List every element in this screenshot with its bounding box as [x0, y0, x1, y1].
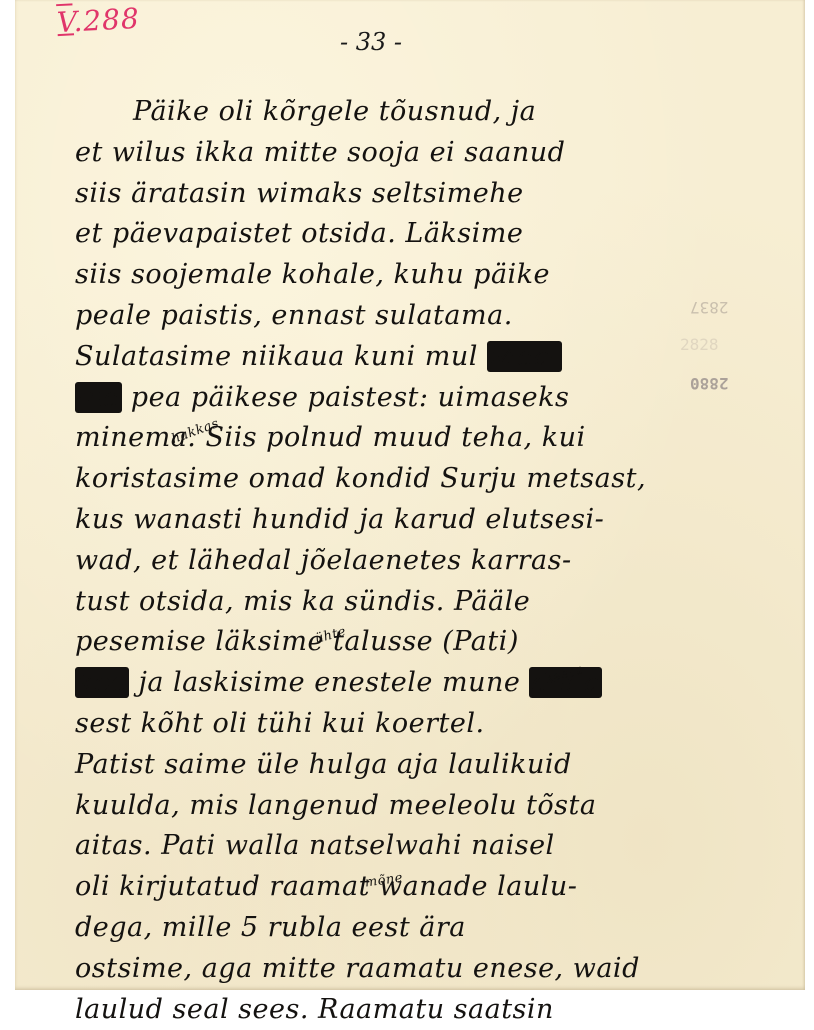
archive-id-mark: V.288 — [56, 2, 140, 39]
archive-number: .288 — [72, 2, 140, 38]
text-fragment: pea päikese paistest: uimaseks — [122, 382, 570, 413]
text-line: siis soojemale kohale, kuhu päike — [75, 255, 635, 296]
struck-word: Maa- — [487, 341, 562, 372]
stamp-number: 2837 — [665, 288, 729, 326]
text-line: tust otsida, mis ka sündis. Pääle — [75, 582, 635, 623]
text-line: ma pea päikese paistest: uimaseks — [75, 378, 635, 419]
text-line: Sulatasime niikaua kuni mul Maa- — [75, 337, 635, 378]
text-line: siis äratasin wimaks seltsimehe — [75, 174, 635, 215]
text-line: kus wanasti hundid ja karud elutsesi- — [75, 500, 635, 541]
text-line: et wilus ikka mitte sooja ei saanud — [75, 133, 635, 174]
text-line: hakkas minema. Siis polnud muud teha, ku… — [75, 418, 635, 459]
stamp-number: 2880 — [690, 364, 729, 402]
text-line: keeta koo ja laskisime enestele mune and… — [75, 663, 635, 704]
page-number: - 33 - — [340, 28, 402, 56]
faint-stamp-numbers: 2837 2828 2880 — [670, 288, 729, 402]
text-line: mõne oli kirjutatud raamat wanade laulu- — [75, 867, 635, 908]
text-line: koristasime omad kondid Surju metsast, — [75, 459, 635, 500]
text-line: wad, et lähedal jõelaenetes karras- — [75, 541, 635, 582]
stamp-number: 2828 — [680, 326, 729, 364]
text-line: Patist saime üle hulga aja laulikuid — [75, 745, 635, 786]
text-line: et päevapaistet otsida. Läksime — [75, 214, 635, 255]
manuscript-page: V.288 - 33 - 2837 2828 2880 Päike oli kõ… — [15, 0, 805, 990]
text-fragment: Sulatasime niikaua kuni mul — [75, 341, 487, 372]
text-line: dega, mille 5 rubla eest ära — [75, 908, 635, 949]
text-line: sest kõht oli tühi kui koertel. — [75, 704, 635, 745]
text-fragment: minema. Siis polnud muud teha, kui — [75, 422, 586, 453]
struck-word: koo — [75, 667, 129, 698]
struck-word: ma — [75, 382, 122, 413]
text-line: Päike oli kõrgele tõusnud, ja — [75, 92, 635, 133]
handwritten-text: Päike oli kõrgele tõusnud, ja et wilus i… — [75, 92, 635, 1000]
text-fragment: pesemise läksime talusse (Pati) — [75, 626, 519, 657]
text-line: aitas. Pati walla natselwahi naisel — [75, 826, 635, 867]
text-line: peale paistis, ennast sulatama. — [75, 296, 635, 337]
text-line: kuulda, mis langenud meeleolu tõsta — [75, 786, 635, 827]
text-fragment: ja laskisime enestele mune — [129, 667, 529, 698]
insertion-note: mõne — [362, 859, 406, 905]
text-line: laulud seal sees. Raamatu saatsin — [75, 990, 635, 1000]
text-line: ostsime, aga mitte raamatu enese, waid — [75, 949, 635, 990]
text-fragment: oli kirjutatud raamat wanade laulu- — [75, 871, 577, 902]
